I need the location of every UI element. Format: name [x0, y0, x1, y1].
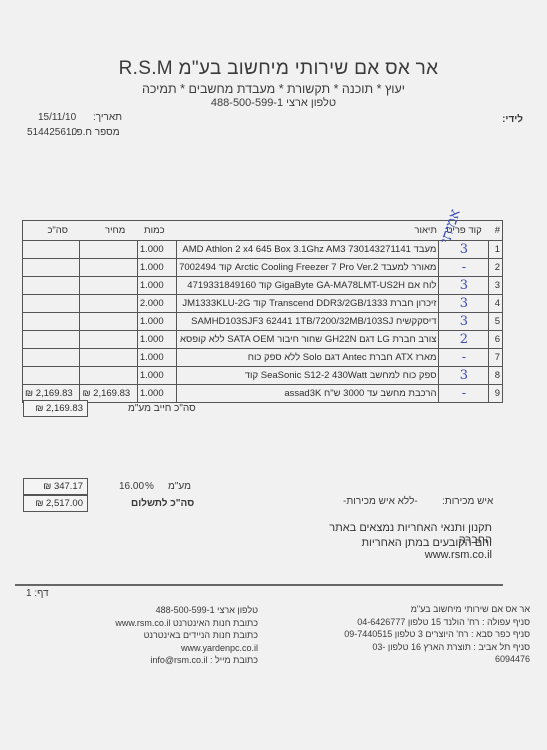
- row-total: [23, 277, 80, 295]
- row-price: [80, 331, 137, 349]
- row-qty: 1.000: [137, 349, 176, 367]
- vat-label: מע"מ: [168, 481, 191, 492]
- row-price: [80, 241, 137, 259]
- footer-store-url[interactable]: כתובת חנות האינטרנט www.rsm.co.il: [90, 617, 258, 630]
- branch-tel-aviv: סניף תל אביב : תוצרת הארץ 16 טלפון 03-60…: [340, 641, 530, 666]
- footer-company-name: אר אס אם שירותי מיחשוב בע"מ: [340, 603, 530, 616]
- row-price: [80, 349, 137, 367]
- table-row: 1.000מארז ATX חברת Antec דגם Solo ללא ספ…: [23, 349, 503, 367]
- table-row: 1.000מאורר למעבד Arctic Cooling Freezer …: [23, 259, 503, 277]
- terms-line-2: והם הקובעים במתן האחריות www.rsm.co.il: [305, 537, 492, 561]
- row-price: [80, 277, 137, 295]
- row-num: 6: [489, 331, 503, 349]
- footer-phone: טלפון ארצי 488-500-599-1: [90, 604, 258, 617]
- grand-total-value: ₪ 2,517.00: [23, 495, 88, 512]
- row-code: 3: [439, 367, 489, 385]
- row-total: [23, 259, 80, 277]
- subtotal-label: סה"כ חייב מע"מ: [128, 403, 196, 414]
- table-row: 1.000ספק כוח למחשב SeaSonic S12-2 430Wat…: [23, 367, 503, 385]
- row-qty: 1.000: [137, 241, 176, 259]
- vat-id-label: מספר ח.פ.:: [71, 127, 120, 138]
- row-code: 3: [439, 313, 489, 331]
- page-number: דף: 1: [26, 588, 49, 599]
- table-row: 1.000דיסקקשיח SAMHD103SJF3 62441 1TB/720…: [23, 313, 503, 331]
- vat-percent: 16.00: [119, 481, 144, 492]
- table-row: 1.000לוח אם GigaByte GA-MA78LMT-US2H קוד…: [23, 277, 503, 295]
- row-desc: הרכבת מחשב עד 3000 ש"ח assad3K: [177, 385, 439, 403]
- row-qty: 1.000: [137, 313, 176, 331]
- company-phone: טלפון ארצי 488-500-599-1: [0, 97, 547, 109]
- row-code: -: [439, 385, 489, 403]
- table-row: 1.000צורב חברת LG דגם GH22N שחור חיבור S…: [23, 331, 503, 349]
- row-price: [80, 295, 137, 313]
- vat-value: ₪ 347.17: [23, 478, 88, 495]
- row-code: -: [439, 349, 489, 367]
- row-total: [23, 331, 80, 349]
- row-desc: דיסקקשיח SAMHD103SJF3 62441 1TB/7200/32M…: [177, 313, 439, 331]
- row-code: 3: [439, 295, 489, 313]
- col-qty: כמות: [137, 221, 176, 241]
- row-desc: זיכרון חברת Transcend DDR3/2GB/1333 קוד …: [177, 295, 439, 313]
- grand-total-label: סה"כ לתשלום: [131, 498, 194, 509]
- col-total: סה"כ: [23, 221, 80, 241]
- row-price: [80, 259, 137, 277]
- vat-percent-sign: %: [145, 481, 154, 492]
- col-num: #: [489, 221, 503, 241]
- row-code: -: [439, 259, 489, 277]
- to-label: לידי:: [502, 114, 523, 125]
- row-qty: 1.000: [137, 385, 176, 403]
- footer-mobile-store-url[interactable]: כתובת חנות הניידים באינטרנט www.yardenpc…: [90, 629, 258, 654]
- branch-afula: סניף עפולה : רח' הולנד 15 טלפון 04-64267…: [340, 616, 530, 629]
- row-desc: מארז ATX חברת Antec דגם Solo ללא ספק כוח: [177, 349, 439, 367]
- row-num: 3: [489, 277, 503, 295]
- branch-kfar-saba: סניף כפר סבא : רח' היוצרים 3 טלפון 09-74…: [340, 628, 530, 641]
- items-table: סה"כ מחיר כמות תיאור קוד פריט # 1.000מעב…: [22, 220, 503, 403]
- date-label: תאריך:: [93, 112, 122, 123]
- row-price: [80, 367, 137, 385]
- row-num: 9: [489, 385, 503, 403]
- row-total: [23, 349, 80, 367]
- footer-email[interactable]: כתובת מייל : info@rsm.co.il: [90, 654, 258, 667]
- row-qty: 2.000: [137, 295, 176, 313]
- col-desc: תיאור: [177, 221, 439, 241]
- row-desc: לוח אם GigaByte GA-MA78LMT-US2H קוד 4719…: [177, 277, 439, 295]
- company-name-he: אר אס אם שירותי מיחשוב בע"מ: [179, 58, 439, 79]
- row-price: [80, 313, 137, 331]
- row-qty: 1.000: [137, 367, 176, 385]
- row-desc: צורב חברת LG דגם GH22N שחור חיבור SATA O…: [177, 331, 439, 349]
- sales-agent-value: -ללא איש מכירות-: [343, 496, 418, 507]
- vat-id-value: 514425610: [27, 127, 77, 138]
- sales-agent-label: איש מכירות:: [442, 496, 493, 507]
- company-services: יעוץ * תוכנה * תקשורת * מעבדת מחשבים * ת…: [0, 82, 547, 96]
- row-code: 2: [439, 331, 489, 349]
- row-total: [23, 367, 80, 385]
- row-price: ₪ 2,169.83: [80, 385, 137, 403]
- company-title: אר אס אם שירותי מיחשוב בע"מ R.S.M: [0, 58, 547, 80]
- row-total: [23, 295, 80, 313]
- row-code: 3: [439, 277, 489, 295]
- row-desc: ספק כוח למחשב SeaSonic S12-2 430Watt קוד: [177, 367, 439, 385]
- row-desc: מאורר למעבד Arctic Cooling Freezer 7 Pro…: [177, 259, 439, 277]
- row-num: 7: [489, 349, 503, 367]
- row-num: 5: [489, 313, 503, 331]
- row-desc: מעבד AMD Athlon 2 x4 645 Box 3.1Ghz AM3 …: [177, 241, 439, 259]
- company-name-en: R.S.M: [119, 58, 173, 79]
- date-value: 15/11/10: [38, 112, 76, 123]
- row-total: [23, 241, 80, 259]
- row-qty: 1.000: [137, 259, 176, 277]
- col-price: מחיר: [80, 221, 137, 241]
- subtotal-value: ₪ 2,169.83: [23, 400, 88, 417]
- footer-branches: אר אס אם שירותי מיחשוב בע"מ סניף עפולה :…: [340, 603, 530, 666]
- footer-contact: טלפון ארצי 488-500-599-1 כתובת חנות האינ…: [90, 604, 258, 667]
- table-row: 1.000מעבד AMD Athlon 2 x4 645 Box 3.1Ghz…: [23, 241, 503, 259]
- row-num: 4: [489, 295, 503, 313]
- row-qty: 1.000: [137, 331, 176, 349]
- table-row: ₪ 2,169.83₪ 2,169.831.000הרכבת מחשב עד 3…: [23, 385, 503, 403]
- row-num: 2: [489, 259, 503, 277]
- footer-divider: [15, 584, 503, 586]
- row-num: 1: [489, 241, 503, 259]
- table-row: 2.000זיכרון חברת Transcend DDR3/2GB/1333…: [23, 295, 503, 313]
- row-qty: 1.000: [137, 277, 176, 295]
- row-total: [23, 313, 80, 331]
- row-num: 8: [489, 367, 503, 385]
- table-header-row: סה"כ מחיר כמות תיאור קוד פריט #: [23, 221, 503, 241]
